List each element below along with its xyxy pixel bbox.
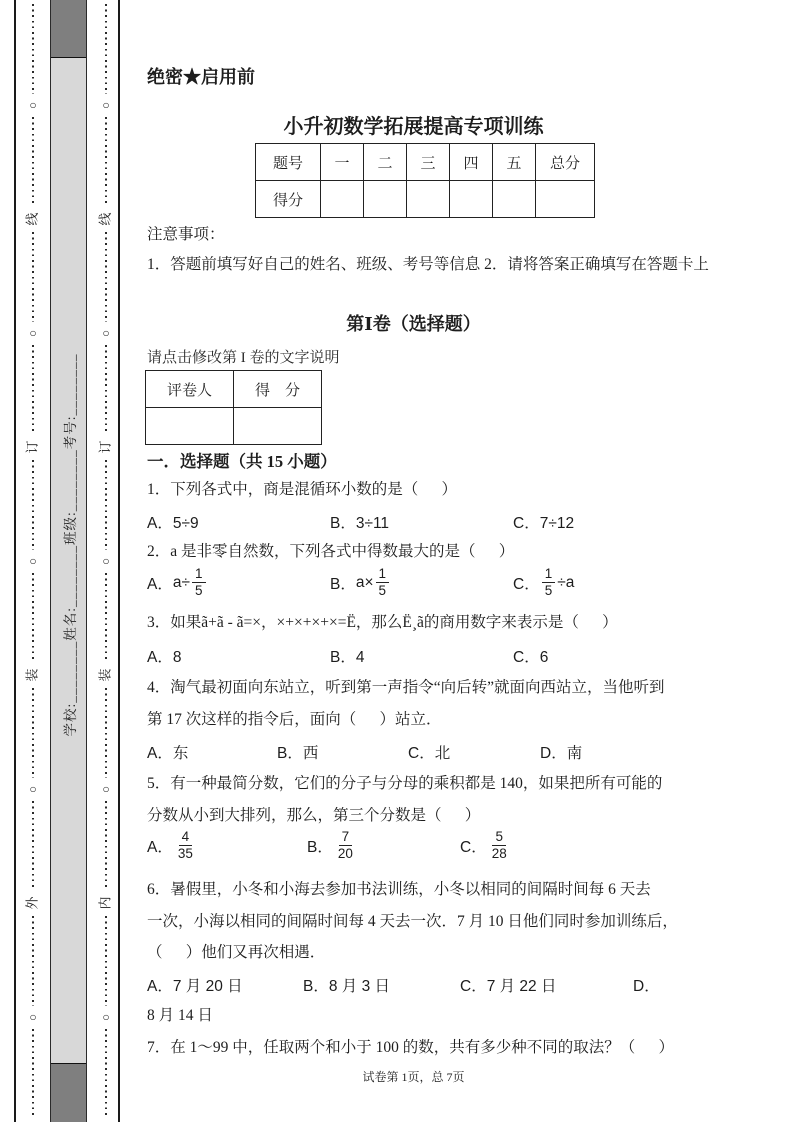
numerator: 1: [542, 566, 556, 583]
strip-dark-top: [51, 0, 86, 58]
question-7-text: 7．在 1～99 中，任取两个和小于 100 的数，共有多少种不同的取法？（ ）: [147, 1037, 680, 1059]
grader-table: 评卷人 得 分: [145, 370, 322, 445]
dotted-segment: [32, 573, 34, 663]
numerator: 5: [492, 829, 506, 846]
numerator: 1: [376, 566, 390, 583]
denominator: 5: [192, 583, 206, 599]
question-1-options: A．5÷9 B．3÷11 C．7÷12: [147, 511, 680, 533]
score-cell-empty: [407, 181, 450, 218]
circle-mark: ○: [102, 99, 109, 112]
option-d: D．南: [540, 741, 680, 763]
notice-title: 注意事项：: [147, 222, 680, 244]
circle-mark: ○: [29, 1011, 36, 1024]
question-6-option-d-wrap: 8 月 14 日: [147, 1005, 680, 1027]
denominator: 35: [175, 846, 196, 862]
question-2-text: 2．a 是非零自然数，下列各式中得数最大的是（ ）: [147, 541, 680, 563]
dotted-segment: [105, 232, 107, 322]
score-header-cell: 总分: [536, 144, 595, 181]
question-5-options: A．435 B．720 C．528: [147, 829, 680, 862]
strip-dark-bottom: [51, 1063, 86, 1122]
score-header-cell: 一: [321, 144, 364, 181]
circle-mark: ○: [29, 327, 36, 340]
option-c: C．7 月 22 日: [460, 974, 633, 996]
score-cell-empty: [364, 181, 407, 218]
numerator: 4: [179, 829, 193, 846]
dotted-segment: [32, 688, 34, 778]
denominator: 5: [542, 583, 556, 599]
notice-items: 1．答题前填写好自己的姓名、班级、考号等信息 2．请将答案正确填写在答题卡上: [147, 252, 680, 274]
option-a: A．东: [147, 741, 277, 763]
option-b: B．西: [277, 741, 408, 763]
circle-mark: ○: [102, 555, 109, 568]
option-c: C．6: [513, 645, 680, 667]
question-3-text: 3．如果ã+ã - ã=×，×+×+×+×=Ë，那么Ë¸ã的商用数字来表示是（ …: [147, 612, 680, 634]
option-c: C．北: [408, 741, 540, 763]
question-5-line2: 分数从小到大排列，那么，第三个分数是（ ）: [147, 805, 680, 827]
dotted-segment: [105, 345, 107, 435]
option-a: A．435: [147, 829, 307, 862]
dotted-segment: [32, 1029, 34, 1119]
exam-page: { "margin": { "circle": "○", "strip_labe…: [0, 0, 793, 1122]
fraction: 15: [542, 566, 556, 599]
option-b: B．a×15: [330, 566, 513, 599]
dotted-segment: [105, 4, 107, 94]
option-label: A．: [147, 835, 173, 857]
circle-mark: ○: [102, 783, 109, 796]
option-b: B．3÷11: [330, 511, 513, 533]
option-expr: a×: [356, 574, 374, 592]
score-cell-empty: [536, 181, 595, 218]
dotted-segment: [105, 460, 107, 550]
grader-cell-empty: [234, 408, 322, 445]
option-label: A．: [147, 572, 173, 594]
question-6-line3: （ ）他们又再次相遇．: [147, 942, 680, 964]
option-a: A．8: [147, 645, 330, 667]
option-label: C．: [513, 572, 540, 594]
dotted-segment: [32, 345, 34, 435]
grader-score-label: 得 分: [234, 371, 322, 408]
score-header-cell: 五: [493, 144, 536, 181]
student-info-fields: 学校:________姓名:________班级:________考号:____…: [59, 353, 79, 736]
denominator: 5: [376, 583, 390, 599]
fraction: 15: [376, 566, 390, 599]
binding-char: 订: [99, 440, 113, 453]
question-4-line2: 第 17 次这样的指令后，面向（ ）站立．: [147, 709, 680, 731]
fraction: 15: [192, 566, 206, 599]
binding-frame-line-left: [14, 0, 16, 1122]
grader-cell-empty: [146, 408, 234, 445]
score-table: 题号 一 二 三 四 五 总分 得分: [255, 143, 595, 218]
dotted-segment: [32, 916, 34, 1006]
binding-line-inner: ○线○订○装○内○: [95, 0, 117, 1122]
grader-table-header-row: 评卷人 得 分: [146, 371, 322, 408]
grader-table-empty-row: [146, 408, 322, 445]
option-c: C．7÷12: [513, 511, 680, 533]
question-4-line1: 4．淘气最初面向东站立，听到第一声指令“向后转”就面向西站立，当他听到: [147, 677, 680, 699]
score-table-score-row: 得分: [256, 181, 595, 218]
score-header-cell: 三: [407, 144, 450, 181]
dotted-segment: [32, 232, 34, 322]
circle-mark: ○: [102, 1011, 109, 1024]
score-row-label: 得分: [256, 181, 321, 218]
circle-mark: ○: [29, 783, 36, 796]
question-6-options: A．7 月 20 日 B．8 月 3 日 C．7 月 22 日 D．: [147, 974, 680, 996]
question-3-options: A．8 B．4 C．6: [147, 645, 680, 667]
option-label: B．: [307, 835, 333, 857]
circle-mark: ○: [102, 327, 109, 340]
binding-char: 装: [99, 668, 113, 681]
question-1-text: 1．下列各式中，商是混循环小数的是（ ）: [147, 479, 680, 501]
binding-frame-line-right: [118, 0, 120, 1122]
dotted-segment: [32, 801, 34, 891]
binding-char: 外: [26, 896, 40, 909]
binding-line-outer: ○线○订○装○外○: [22, 0, 44, 1122]
score-header-cell: 题号: [256, 144, 321, 181]
dotted-segment: [105, 801, 107, 891]
student-info-strip: 学校:________姓名:________班级:________考号:____…: [50, 0, 87, 1122]
option-b: B．720: [307, 829, 460, 862]
option-expr: ÷a: [557, 574, 574, 592]
binding-char: 内: [99, 896, 113, 909]
denominator: 20: [335, 846, 356, 862]
binding-char: 装: [26, 668, 40, 681]
fraction: 435: [175, 829, 196, 862]
fraction: 528: [489, 829, 510, 862]
circle-mark: ○: [29, 555, 36, 568]
binding-char: 线: [26, 212, 40, 225]
score-cell-empty: [450, 181, 493, 218]
binding-char: 订: [26, 440, 40, 453]
score-cell-empty: [321, 181, 364, 218]
numerator: 1: [192, 566, 206, 583]
dotted-segment: [105, 117, 107, 207]
fraction: 720: [335, 829, 356, 862]
dotted-segment: [105, 573, 107, 663]
exam-content: 绝密★启用前 小升初数学拓展提高专项训练 题号 一 二 三 四 五 总分 得分 …: [147, 0, 680, 1122]
option-a: A．7 月 20 日: [147, 974, 303, 996]
question-5-line1: 5．有一种最简分数，它们的分子与分母的乘积都是 140，如果把所有可能的: [147, 773, 680, 795]
choice-section-heading: 一．选择题（共 15 小题）: [147, 448, 680, 472]
question-6-line2: 一次，小海以相同的间隔时间每 4 天去一次．7 月 10 日他们同时参加训练后，: [147, 911, 680, 933]
option-label: B．: [330, 572, 356, 594]
option-b: B．8 月 3 日: [303, 974, 460, 996]
option-c: C．528: [460, 829, 680, 862]
option-c: C．15÷a: [513, 566, 680, 599]
dotted-segment: [32, 460, 34, 550]
question-4-options: A．东 B．西 C．北 D．南: [147, 741, 680, 763]
binding-char: 线: [99, 212, 113, 225]
score-table-header-row: 题号 一 二 三 四 五 总分: [256, 144, 595, 181]
option-a: A．5÷9: [147, 511, 330, 533]
grader-label: 评卷人: [146, 371, 234, 408]
score-header-cell: 二: [364, 144, 407, 181]
dotted-segment: [105, 916, 107, 1006]
dotted-segment: [32, 117, 34, 207]
section1-title: 第Ⅰ卷（选择题）: [147, 310, 680, 336]
score-header-cell: 四: [450, 144, 493, 181]
dotted-segment: [105, 1029, 107, 1119]
option-label: C．: [460, 835, 487, 857]
option-b: B．4: [330, 645, 513, 667]
option-a: A．a÷15: [147, 566, 330, 599]
section1-edit-hint: 请点击修改第 I 卷的文字说明: [147, 346, 680, 367]
numerator: 7: [339, 829, 353, 846]
option-d: D．: [633, 974, 680, 996]
exam-title: 小升初数学拓展提高专项训练: [147, 110, 680, 139]
secret-label: 绝密★启用前: [147, 63, 680, 89]
circle-mark: ○: [29, 99, 36, 112]
dotted-segment: [32, 4, 34, 94]
page-footer: 试卷第 1页，总 7页: [147, 1068, 680, 1085]
question-6-line1: 6．暑假里，小冬和小海去参加书法训练，小冬以相同的间隔时间每 6 天去: [147, 879, 680, 901]
score-cell-empty: [493, 181, 536, 218]
denominator: 28: [489, 846, 510, 862]
dotted-segment: [105, 688, 107, 778]
option-expr: a÷: [173, 574, 190, 592]
question-2-options: A．a÷15 B．a×15 C．15÷a: [147, 566, 680, 599]
